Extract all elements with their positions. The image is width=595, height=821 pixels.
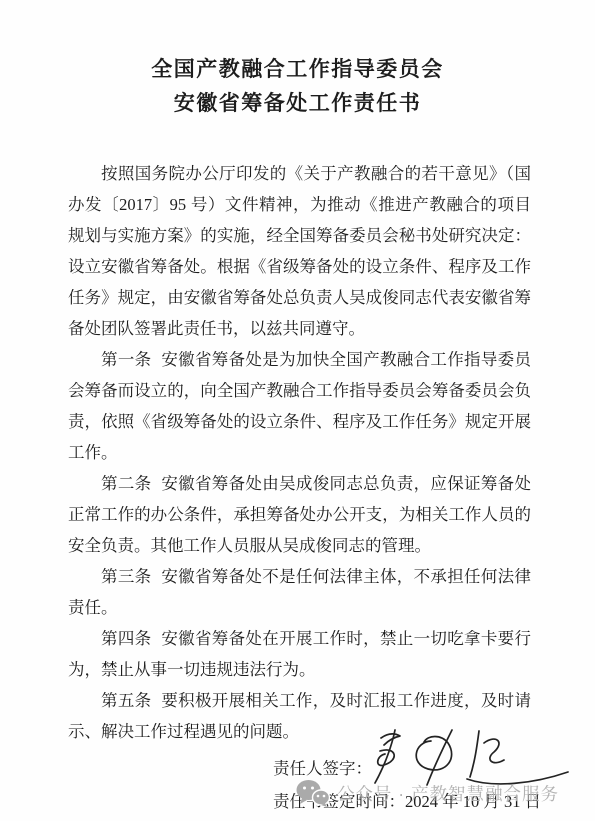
- article-label: 第五条: [101, 691, 151, 710]
- paragraph-article-1: 第一条安徽省筹备处是为加快全国产教融合工作指导委员会筹备而设立的，向全国产教融合…: [68, 344, 531, 468]
- paragraph-article-2: 第二条安徽省筹备处由吴成俊同志总负责，应保证筹备处正常工作的办公条件，承担筹备处…: [68, 468, 531, 561]
- paragraph-article-3: 第三条安徽省筹备处不是任何法律主体，不承担任何法律责任。: [68, 561, 531, 623]
- wechat-icon: [296, 779, 330, 807]
- article-label: 第一条: [101, 350, 151, 369]
- document-body: 按照国务院办公厅印发的《关于产教融合的若干意见》（国办发〔2017〕95 号）文…: [68, 158, 531, 747]
- paragraph-article-4: 第四条安徽省筹备处在开展工作时，禁止一切吃拿卡要行为，禁止从事一切违规违法行为。: [68, 623, 531, 685]
- article-label: 第二条: [101, 474, 151, 493]
- article-label: 第三条: [101, 567, 151, 586]
- title-line-1: 全国产教融合工作指导委员会: [0, 52, 595, 86]
- article-label: 第四条: [101, 629, 151, 648]
- watermark-footer: 公众号 · 产教智慧融合服务: [296, 779, 559, 807]
- watermark-label: 公众号 · 产教智慧融合服务: [337, 781, 559, 806]
- title-line-2: 安徽省筹备处工作责任书: [0, 86, 595, 120]
- signature-label: 责任人签字：: [273, 759, 372, 778]
- paragraph-intro: 按照国务院办公厅印发的《关于产教融合的若干意见》（国办发〔2017〕95 号）文…: [68, 158, 531, 344]
- document-title: 全国产教融合工作指导委员会 安徽省筹备处工作责任书: [0, 52, 595, 120]
- paragraph-text: 按照国务院办公厅印发的《关于产教融合的若干意见》（国办发〔2017〕95 号）文…: [68, 164, 531, 338]
- document-page: 全国产教融合工作指导委员会 安徽省筹备处工作责任书 按照国务院办公厅印发的《关于…: [0, 0, 595, 821]
